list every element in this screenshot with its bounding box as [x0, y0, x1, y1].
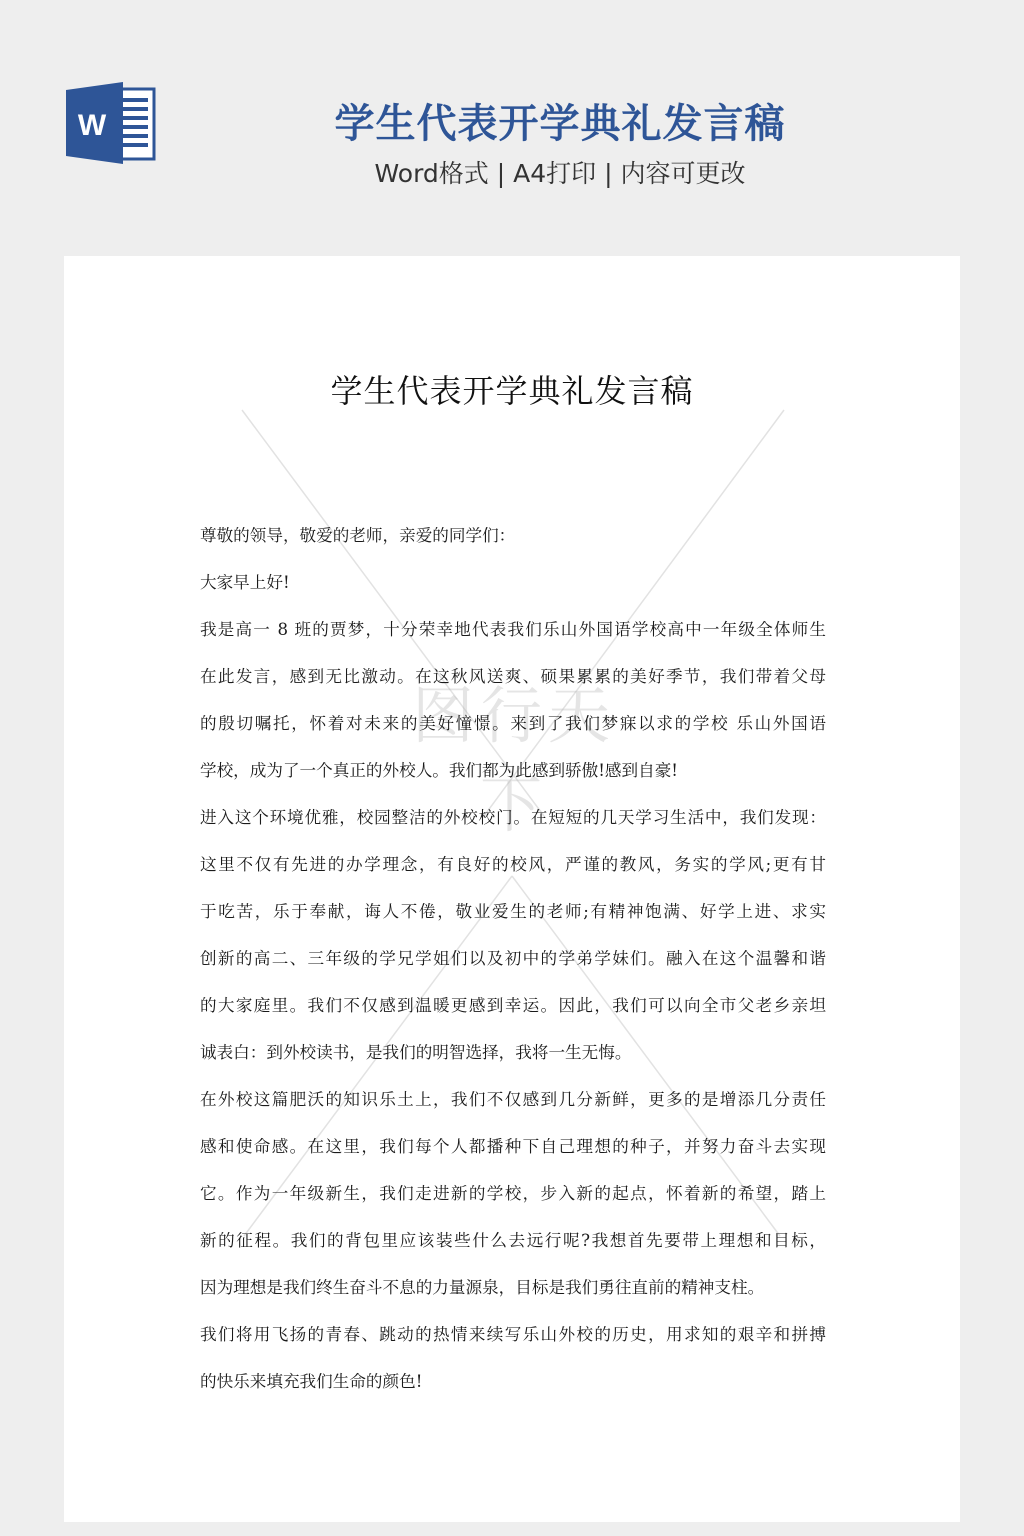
text-line: 的殷切嘱托，怀着对未来的美好憧憬。来到了我们梦寐以求的学校 乐山外国语	[200, 700, 826, 747]
text-line: 在此发言，感到无比激动。在这秋风送爽、硕果累累的美好季节，我们带着父母	[200, 653, 826, 700]
text-line: 感和使命感。在这里，我们每个人都播种下自己理想的种子，并努力奋斗去实现	[200, 1123, 826, 1170]
document-title: 学生代表开学典礼发言稿	[64, 366, 960, 412]
text-line: 诚表白：到外校读书，是我们的明智选择，我将一生无悔。	[200, 1029, 826, 1076]
header-subtitle: Word格式 | A4打印 | 内容可更改	[300, 154, 820, 190]
svg-text:W: W	[78, 109, 107, 142]
word-document-icon: W	[66, 82, 156, 164]
text-line: 的快乐来填充我们生命的颜色!	[200, 1358, 826, 1405]
text-line: 于吃苦，乐于奉献，诲人不倦，敬业爱生的老师;有精神饱满、好学上进、求实	[200, 888, 826, 935]
header-title: 学生代表开学典礼发言稿	[300, 92, 820, 149]
text-line: 进入这个环境优雅，校园整洁的外校校门。在短短的几天学习生活中，我们发现：	[200, 794, 826, 841]
text-line: 的大家庭里。我们不仅感到温暖更感到幸运。因此，我们可以向全市父老乡亲坦	[200, 982, 826, 1029]
document-body: 尊敬的领导，敬爱的老师，亲爱的同学们： 大家早上好! 我是高一 8 班的贾梦，十…	[200, 512, 826, 1405]
text-line: 我是高一 8 班的贾梦，十分荣幸地代表我们乐山外国语学校高中一年级全体师生	[200, 606, 826, 653]
document-page: 图行天下 学生代表开学典礼发言稿 尊敬的领导，敬爱的老师，亲爱的同学们： 大家早…	[64, 256, 960, 1522]
text-line: 学校，成为了一个真正的外校人。我们都为此感到骄傲!感到自豪!	[200, 747, 826, 794]
text-line: 尊敬的领导，敬爱的老师，亲爱的同学们：	[200, 512, 826, 559]
text-line: 创新的高二、三年级的学兄学姐们以及初中的学弟学妹们。融入在这个温馨和谐	[200, 935, 826, 982]
text-line: 新的征程。我们的背包里应该装些什么去远行呢?我想首先要带上理想和目标，	[200, 1217, 826, 1264]
text-line: 这里不仅有先进的办学理念，有良好的校风，严谨的教风，务实的学风;更有甘	[200, 841, 826, 888]
text-line: 在外校这篇肥沃的知识乐土上，我们不仅感到几分新鲜，更多的是增添几分责任	[200, 1076, 826, 1123]
text-line: 大家早上好!	[200, 559, 826, 606]
text-line: 因为理想是我们终生奋斗不息的力量源泉，目标是我们勇往直前的精神支柱。	[200, 1264, 826, 1311]
text-line: 我们将用飞扬的青春、跳动的热情来续写乐山外校的历史，用求知的艰辛和拼搏	[200, 1311, 826, 1358]
text-line: 它。作为一年级新生，我们走进新的学校，步入新的起点，怀着新的希望，踏上	[200, 1170, 826, 1217]
